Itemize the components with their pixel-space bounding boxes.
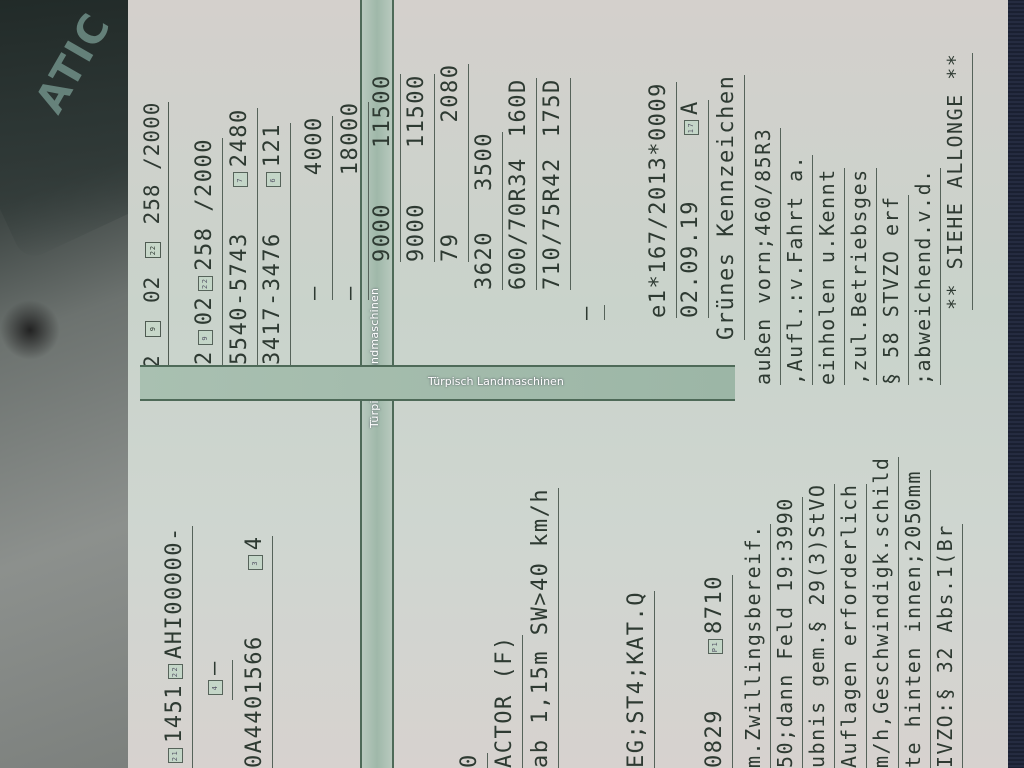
row-axles: 2 9 02 22 258 /2000 bbox=[136, 102, 169, 368]
field-codes-row: 0829P18710 bbox=[700, 575, 733, 768]
field-axle-load-row-1: 900011500 bbox=[368, 74, 401, 262]
field-power-row: 792080 bbox=[436, 64, 469, 262]
left-remark-4: Auflagen erforderlich bbox=[834, 484, 867, 768]
field-empty-dash-row: — bbox=[572, 305, 605, 320]
watermark: Türpisch Landmaschinen bbox=[368, 288, 381, 428]
field-emissions-row: EG;ST4;KAT.Q bbox=[622, 591, 655, 768]
left-remark-7: IVZO:§ 32 Abs.1(Br bbox=[930, 524, 963, 768]
field-displacement-row: 36203500 bbox=[470, 132, 503, 290]
right-remark-4: ,zul.Betriebsges bbox=[844, 168, 877, 385]
background-shadow bbox=[0, 300, 60, 360]
field-weight-row-1: —4000 bbox=[300, 116, 333, 300]
right-remark-6: ;abweichend.v.d. bbox=[908, 168, 941, 385]
field-type-row: ACTOR (F) bbox=[490, 635, 523, 768]
left-remark-6: te hinten innen;2050mm bbox=[898, 470, 931, 768]
left-remark-3: ubnis gem.§ 29(3)StVO bbox=[802, 484, 835, 768]
field-dash-row: 4— bbox=[200, 660, 233, 700]
left-remark-1: m.Zwillingsbereif. bbox=[738, 524, 771, 768]
field-plate-type-row: Grünes Kennzeichen bbox=[712, 75, 745, 340]
field-type-approval-row: e1*167/2013*0009 bbox=[644, 82, 677, 318]
field-manufacturer-row: 21145122AHI00000- bbox=[160, 526, 193, 768]
watermark-text: Türpisch Landmaschinen bbox=[428, 375, 564, 388]
field-length-row: 5540-574372480 bbox=[225, 108, 258, 365]
field-axle-load-row-2: 900011500 bbox=[402, 74, 435, 262]
field-zero-row: 0 bbox=[455, 753, 488, 768]
field-vin-row: 0A440156634 bbox=[240, 536, 273, 768]
right-remark-1: außen vorn;460/85R3 bbox=[748, 128, 781, 385]
right-remark-5: § 58 STVZO erf bbox=[876, 195, 909, 385]
field-tyres-rear-row: 710/75R42175D bbox=[538, 78, 571, 290]
left-remark-2: 50;dann Feld 19:3990 bbox=[770, 497, 803, 768]
right-remark-2: ,Aufl.:v.Fahrt a. bbox=[780, 155, 813, 385]
field-date-row: 02.09.1917A bbox=[676, 100, 709, 318]
field-axles-row: 290222258 /2000 bbox=[190, 138, 223, 365]
right-remark-7: ** SIEHE ALLONGE ** bbox=[940, 53, 973, 310]
right-remark-3: einholen u.Kennt bbox=[812, 168, 845, 385]
left-remark-5: m/h,Geschwindigk.schild bbox=[866, 457, 899, 768]
field-tyres-front-row: 600/70R34160D bbox=[504, 78, 537, 290]
field-height-row: 3417-34766121 bbox=[258, 123, 291, 365]
field-weight-row-2: —18000 bbox=[336, 102, 369, 300]
field-track-row: ab 1,15m SW>40 km/h bbox=[526, 488, 559, 768]
